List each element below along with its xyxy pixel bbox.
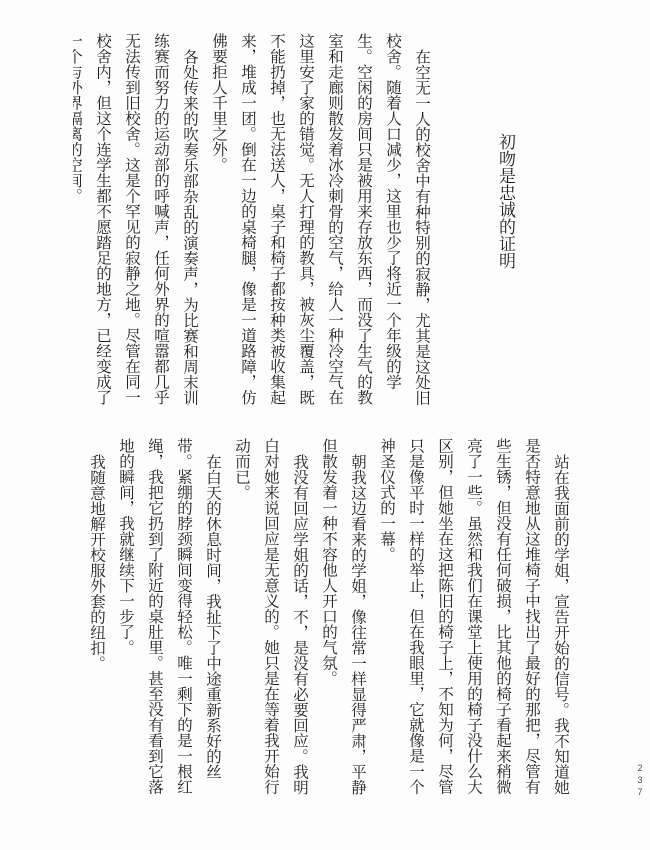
paragraph-top-1: 在空无一人的校舍中有种特别的寂静，尤其是这处旧校舍。随着人口减少，这里也少了将近…	[204, 33, 436, 408]
paragraph-bottom-5: 我随意地解开校服外套的纽扣。	[82, 438, 111, 796]
top-text-block: 初吻是忠诚的证明 在空无一人的校舍中有种特别的寂静，尤其是这处旧校舍。随着人口减…	[73, 33, 575, 408]
page-number: 237	[635, 763, 645, 799]
paragraph-bottom-4: 在白天的休息时间，我扯下了中途重新系好的丝带。紧绷的脖颈瞬间变得轻松。唯一剩下的…	[111, 438, 227, 796]
bottom-text-block: 站在我面前的学姐，宣告开始的信号。我不知道她是否特意地从这堆椅子中找出了最好的那…	[73, 438, 575, 796]
paragraph-bottom-3: 我没有回应学姐的话，不，是没有必要回应。我明白对她来说回应是无意义的。她只是在等…	[227, 438, 314, 796]
paragraph-bottom-2: 朝我这边看来的学姐，像往常一样显得严肃，平静但散发着一种不容他人开口的气氛。	[314, 438, 372, 796]
paragraph-top-2: 各处传来的吹奏乐部杂乱的演奏声，为比赛和周末训练赛而努力的运动部的呼喊声，任何外…	[73, 33, 204, 408]
paragraph-bottom-1: 站在我面前的学姐，宣告开始的信号。我不知道她是否特意地从这堆椅子中找出了最好的那…	[372, 438, 575, 796]
book-page: 初吻是忠诚的证明 在空无一人的校舍中有种特别的寂静，尤其是这处旧校舍。随着人口减…	[0, 0, 650, 850]
chapter-title: 初吻是忠诚的证明	[491, 133, 520, 408]
